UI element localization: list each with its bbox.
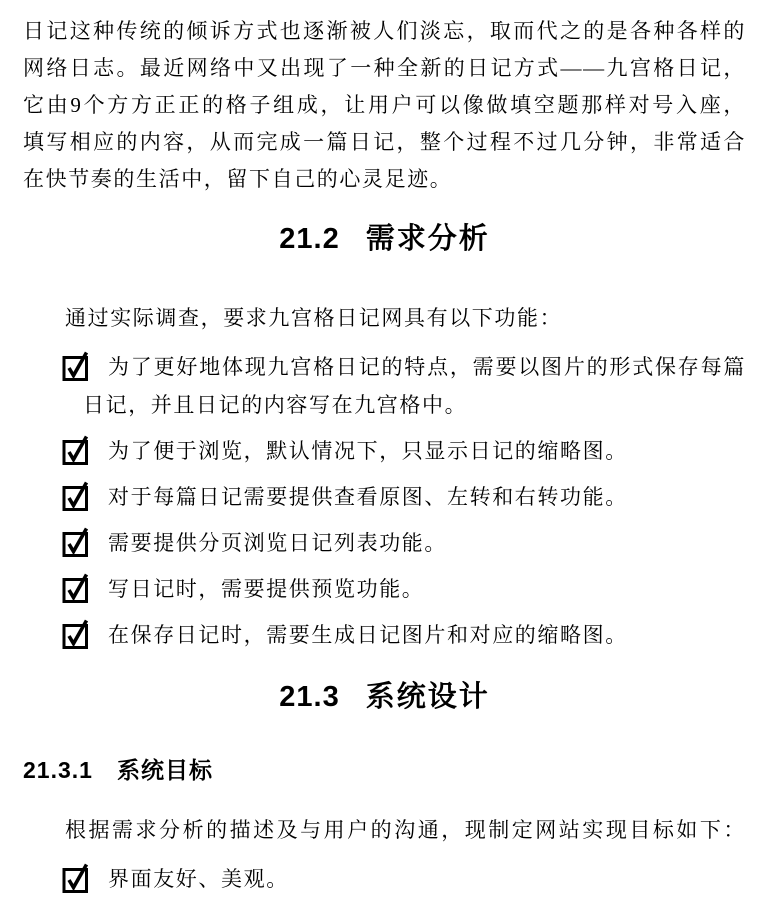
checklist-item: 为了更好地体现九宫格日记的特点，需要以图片的形式保存每篇日记，并且日记的内容写在… xyxy=(23,348,746,424)
checked-checkbox-icon xyxy=(62,481,89,511)
checklist-item: 界面友好、美观。 xyxy=(23,860,746,898)
checklist-item-text: 写日记时，需要提供预览功能。 xyxy=(83,570,746,608)
requirements-intro: 通过实际调查，要求九宫格日记网具有以下功能： xyxy=(65,304,746,332)
intro-paragraph: 日记这种传统的倾诉方式也逐渐被人们淡忘，取而代之的是各种各样的网络日志。最近网络… xyxy=(23,13,746,198)
paragraph-line: 在快节奏的生活中，留下自己的心灵足迹。 xyxy=(23,161,746,198)
paragraph-line: 日记这种传统的倾诉方式也逐渐被人们淡忘，取而代之的是各种各样的 xyxy=(23,13,746,50)
section-title: 需求分析 xyxy=(366,223,490,255)
paragraph-line: 它由9个方方正正的格子组成，让用户可以像做填空题那样对号入座， xyxy=(23,87,746,124)
checked-checkbox-icon xyxy=(62,863,89,893)
checklist-item: 在保存日记时，需要生成日记图片和对应的缩略图。 xyxy=(23,616,746,654)
goals-intro: 根据需求分析的描述及与用户的沟通，现制定网站实现目标如下： xyxy=(65,816,746,844)
subsection-number: 21.3.1 xyxy=(23,757,93,783)
section-heading-21-3: 21.3系统设计 xyxy=(23,682,746,712)
document-page: 日记这种传统的倾诉方式也逐渐被人们淡忘，取而代之的是各种各样的网络日志。最近网络… xyxy=(0,0,769,900)
checklist-item-text: 对于每篇日记需要提供查看原图、左转和右转功能。 xyxy=(83,478,746,516)
section-number: 21.2 xyxy=(279,223,339,255)
subsection-heading-21-3-1: 21.3.1系统目标 xyxy=(23,758,746,783)
checked-checkbox-icon xyxy=(62,351,89,381)
checked-checkbox-icon xyxy=(62,619,89,649)
paragraph-line: 填写相应的内容，从而完成一篇日记，整个过程不过几分钟，非常适合 xyxy=(23,124,746,161)
checked-checkbox-icon xyxy=(62,573,89,603)
subsection-title: 系统目标 xyxy=(117,757,213,783)
requirements-checklist: 为了更好地体现九宫格日记的特点，需要以图片的形式保存每篇日记，并且日记的内容写在… xyxy=(23,348,746,654)
checklist-item: 为了便于浏览，默认情况下，只显示日记的缩略图。 xyxy=(23,432,746,470)
section-number: 21.3 xyxy=(279,681,339,713)
checklist-item-text: 为了更好地体现九宫格日记的特点，需要以图片的形式保存每篇日记，并且日记的内容写在… xyxy=(83,348,746,424)
goals-checklist: 界面友好、美观。 xyxy=(23,860,746,898)
checklist-item: 需要提供分页浏览日记列表功能。 xyxy=(23,524,746,562)
checklist-item-text: 在保存日记时，需要生成日记图片和对应的缩略图。 xyxy=(83,616,746,654)
paragraph-line: 网络日志。最近网络中又出现了一种全新的日记方式——九宫格日记， xyxy=(23,50,746,87)
checklist-item: 写日记时，需要提供预览功能。 xyxy=(23,570,746,608)
checked-checkbox-icon xyxy=(62,435,89,465)
section-heading-21-2: 21.2需求分析 xyxy=(23,224,746,254)
checklist-item-text: 为了便于浏览，默认情况下，只显示日记的缩略图。 xyxy=(83,432,746,470)
checked-checkbox-icon xyxy=(62,527,89,557)
checklist-item-text: 界面友好、美观。 xyxy=(83,860,746,898)
section-title: 系统设计 xyxy=(366,681,490,713)
checklist-item-text: 需要提供分页浏览日记列表功能。 xyxy=(83,524,746,562)
checklist-item: 对于每篇日记需要提供查看原图、左转和右转功能。 xyxy=(23,478,746,516)
